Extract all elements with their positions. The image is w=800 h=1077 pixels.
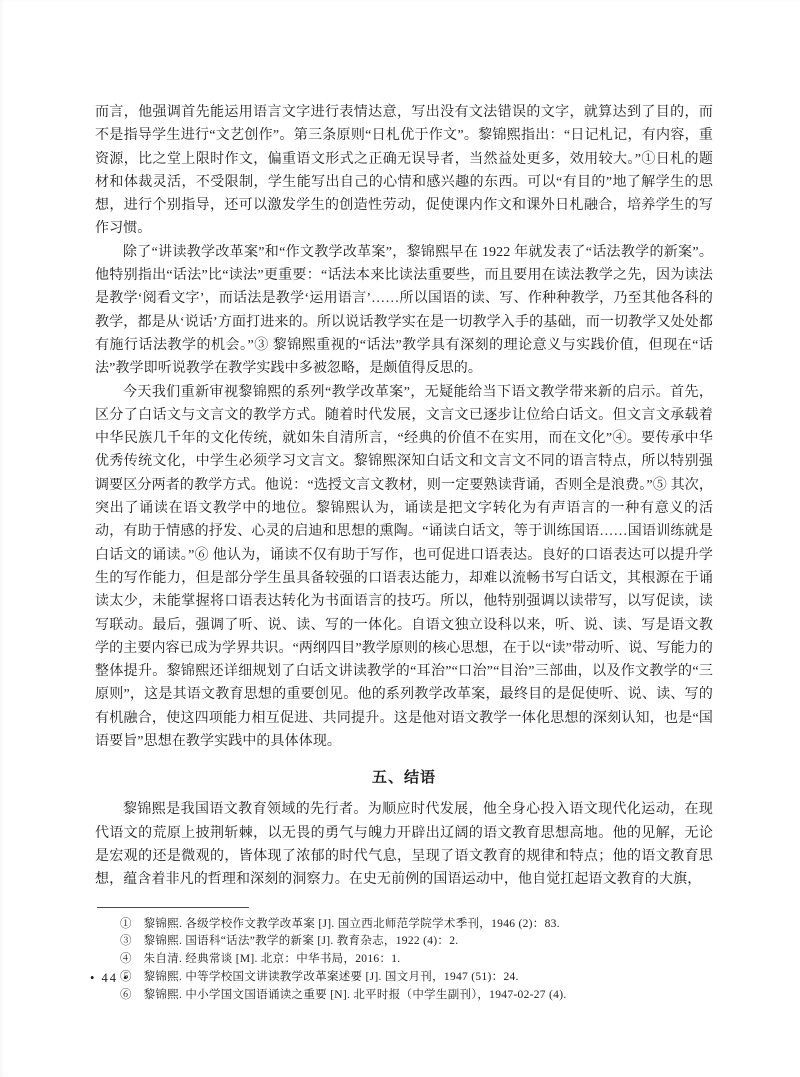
footnote-item: ① 黎锦熙. 各级学校作文教学改革案 [J]. 国立西北师范学院学术季刊，194…	[120, 916, 713, 934]
conclusion-paragraph: 黎锦熙是我国语文教育领域的先行者。为顺应时代发展，他全身心投入语文现代化运动，在…	[95, 798, 713, 891]
footnote-item: ④ 朱自清. 经典常谈 [M]. 北京：中华书局，2016：1.	[120, 951, 713, 969]
footnote-list: ① 黎锦熙. 各级学校作文教学改革案 [J]. 国立西北师范学院学术季刊，194…	[95, 916, 713, 1005]
footnote-item: ③ 黎锦熙. 国语科“话法”教学的新案 [J]. 教育杂志，1922 (4)：2…	[120, 933, 713, 951]
page-number: • 44 •	[90, 971, 130, 986]
journal-page: 而言，他强调首先能运用语言文字进行表情达意，写出没有文法错误的文字，就算达到了目…	[0, 0, 800, 1077]
body-paragraph: 今天我们重新审视黎锦熙的系列“教学改革案”，无疑能给当下语文教学带来新的启示。首…	[95, 381, 713, 754]
page-content: 而言，他强调首先能运用语言文字进行表情达意，写出没有文法错误的文字，就算达到了目…	[95, 101, 713, 1004]
body-paragraph-continued: 而言，他强调首先能运用语言文字进行表情达意，写出没有文法错误的文字，就算达到了目…	[95, 101, 713, 241]
footnote-item: ⑥ 黎锦熙. 中小学国文国语诵读之重要 [N]. 北平时报（中学生副刊），194…	[120, 987, 713, 1005]
footnote-block: ① 黎锦熙. 各级学校作文教学改革案 [J]. 国立西北师范学院学术季刊，194…	[95, 907, 713, 1005]
footnote-item: ⑤ 黎锦熙. 中等学校国文讲读教学改革案述要 [J]. 国文月刊，1947 (5…	[120, 969, 713, 987]
body-paragraph: 除了“讲读教学改革案”和“作文教学改革案”，黎锦熙早在 1922 年就发表了“话…	[95, 241, 713, 381]
footnote-separator	[97, 907, 249, 908]
section-heading: 五、结语	[95, 766, 713, 787]
